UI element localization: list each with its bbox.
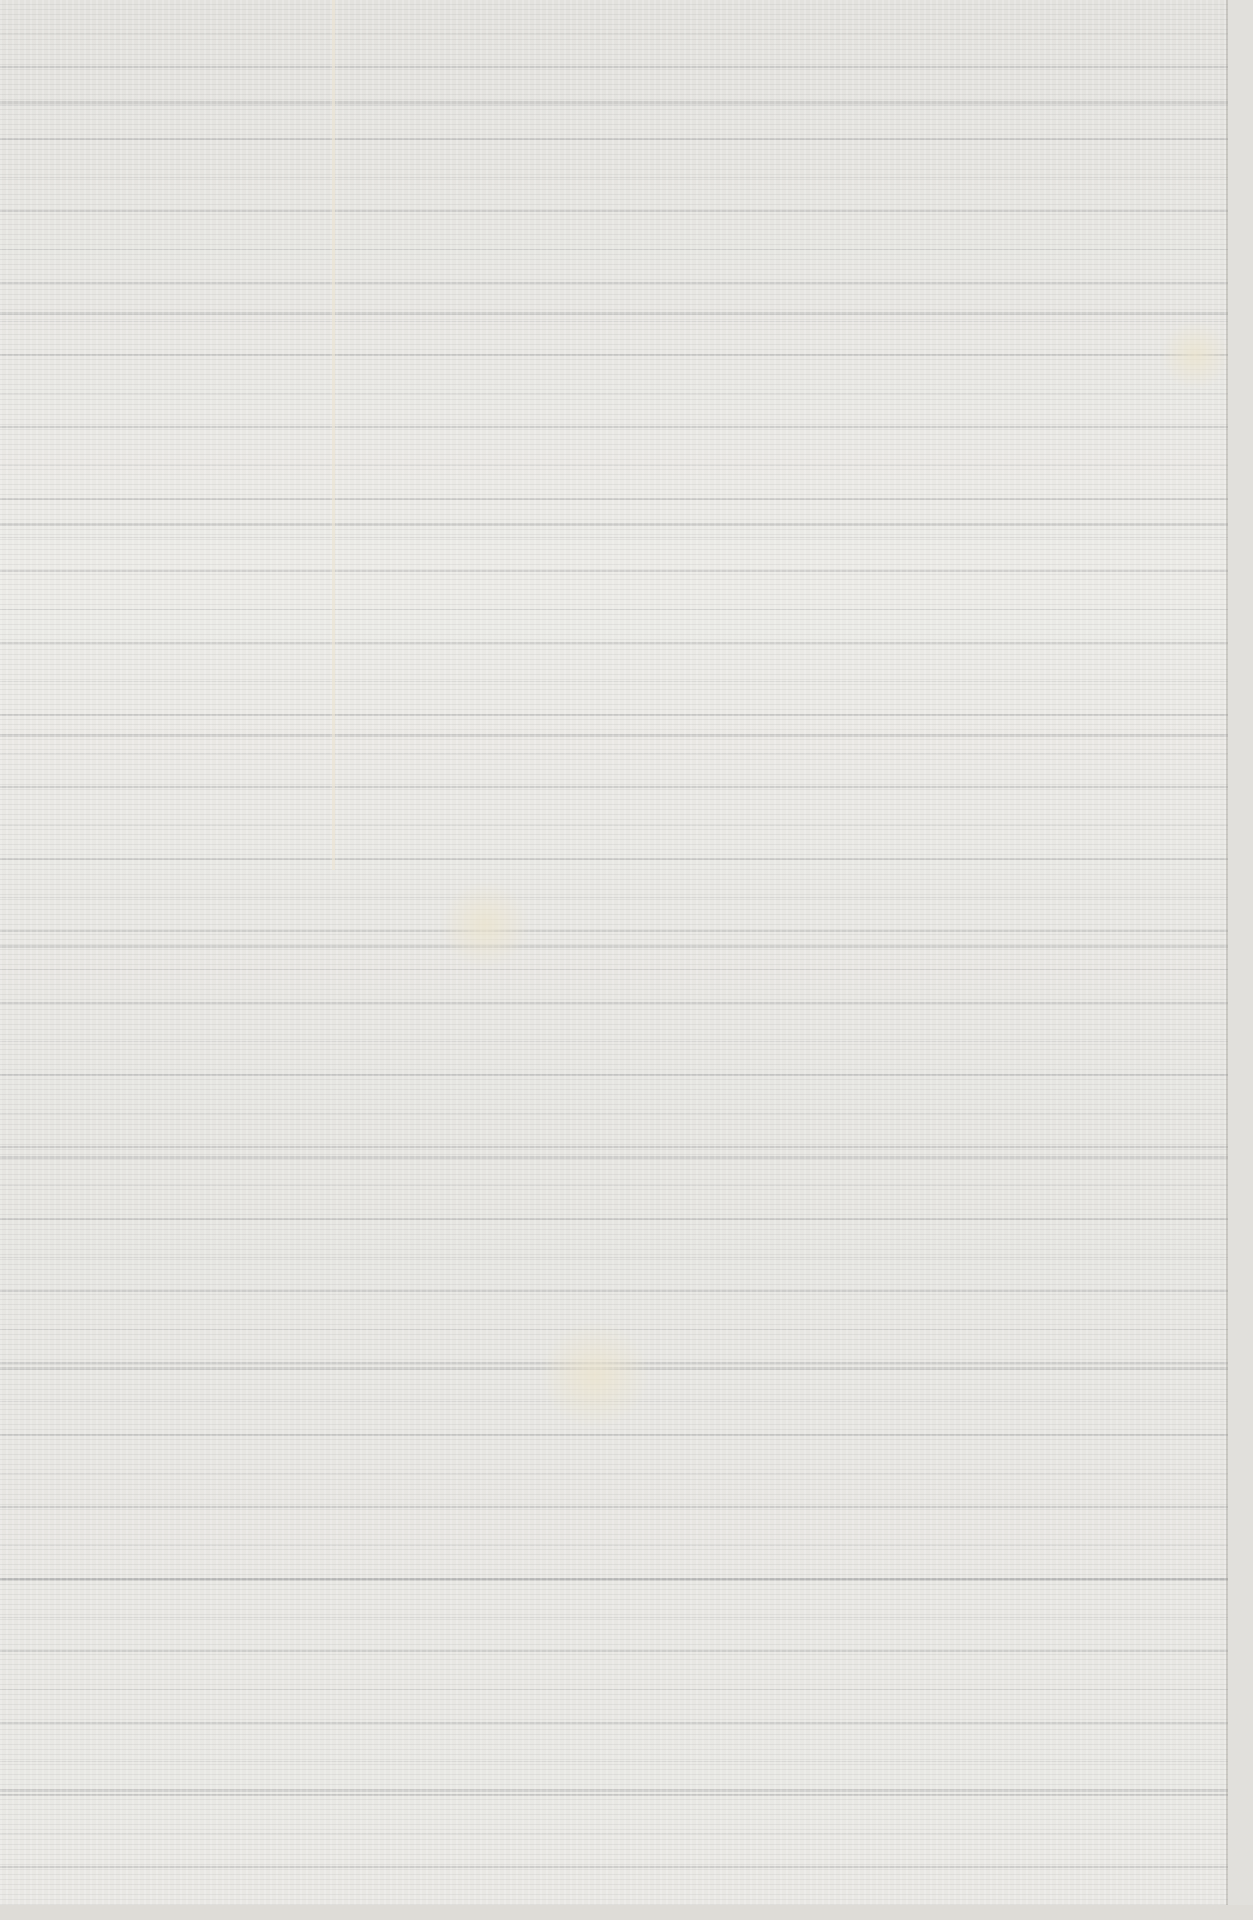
- rug-texture: [0, 0, 1228, 1905]
- rug-stain: [440, 880, 530, 970]
- rug-stain: [540, 1320, 650, 1430]
- rug-photo: [0, 0, 1253, 1920]
- rug-fold-line: [332, 0, 335, 870]
- floor-edge-right: [1228, 0, 1253, 1920]
- floor-edge-bottom: [0, 1905, 1253, 1920]
- rug-stain: [1160, 320, 1230, 390]
